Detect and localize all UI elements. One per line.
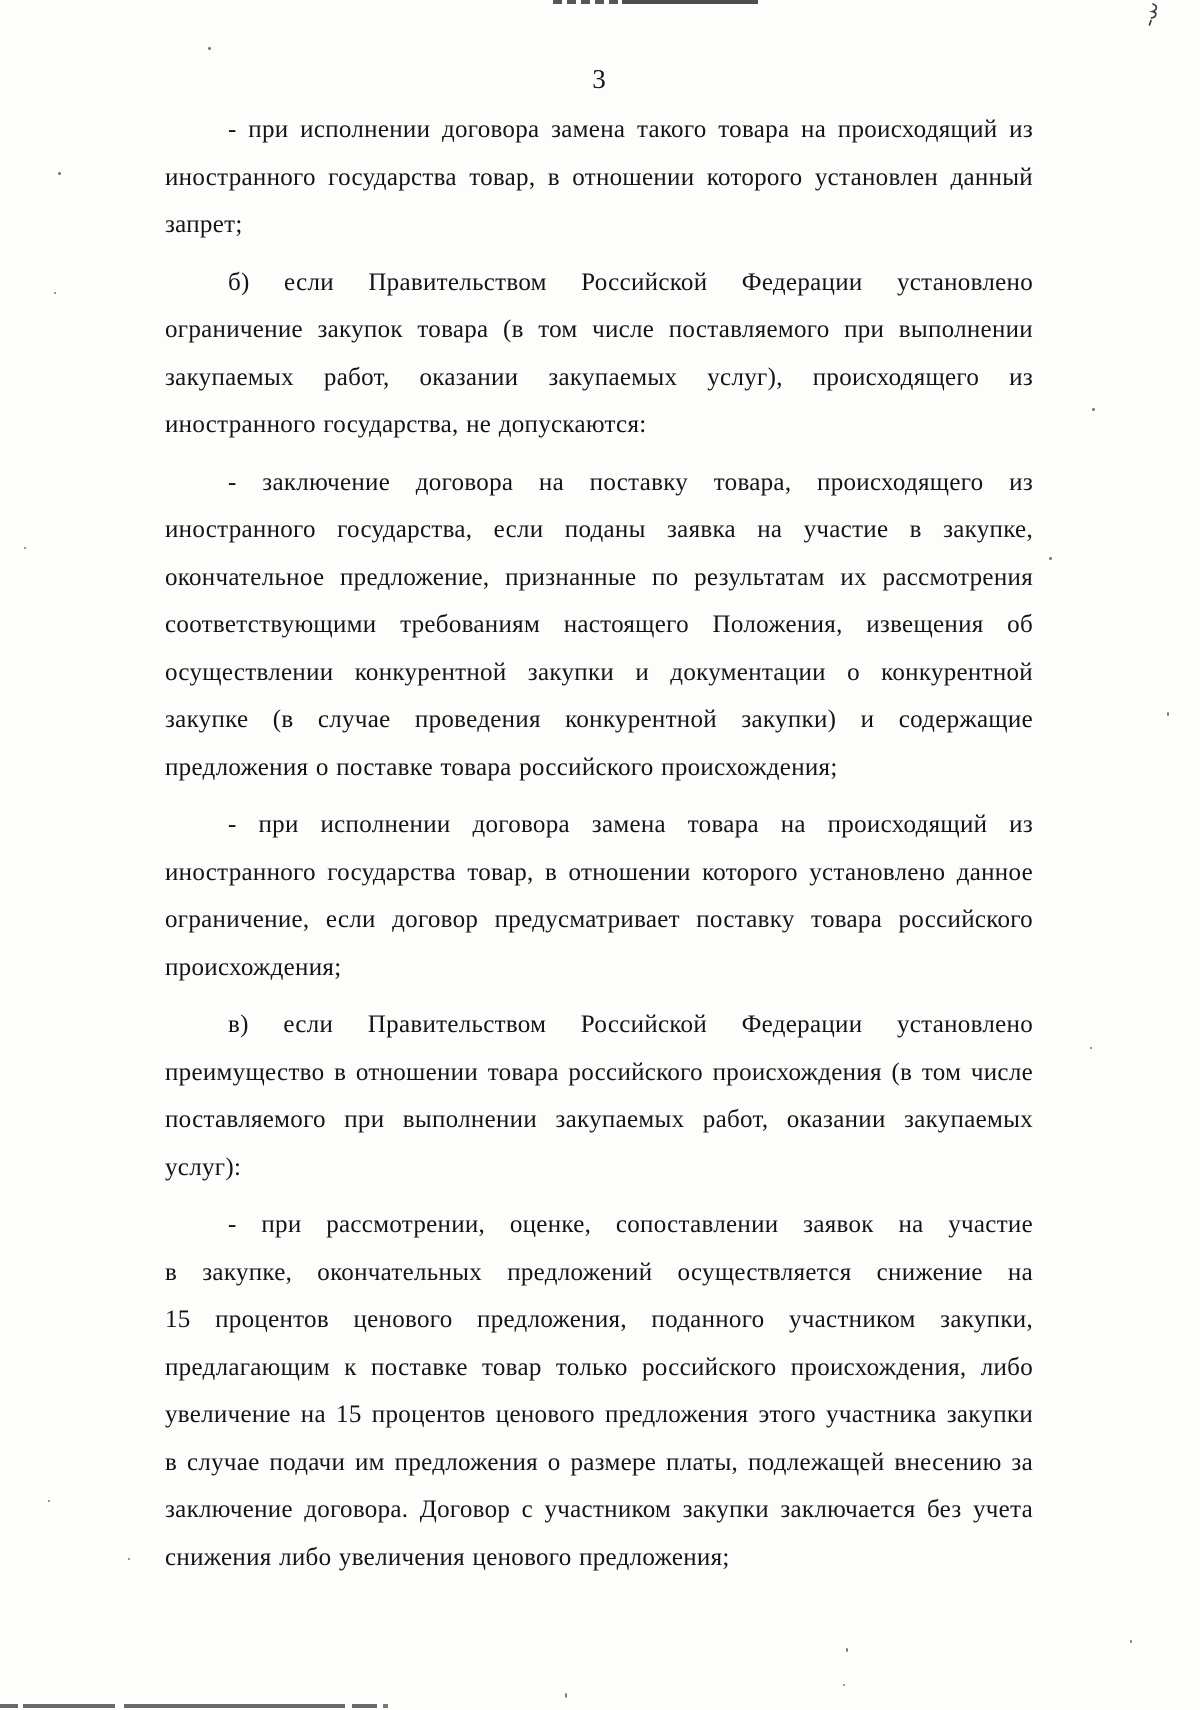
- text-line: предложения о поставке товара российског…: [165, 744, 1033, 792]
- scan-speck: [128, 1558, 130, 1560]
- text-line: в случае подачи им предложения о размере…: [165, 1439, 1033, 1487]
- text-line: услуг):: [165, 1144, 1033, 1192]
- paragraph: - при исполнении договора замена такого …: [165, 106, 1033, 249]
- text-line: 15 процентов ценового предложения, подан…: [165, 1296, 1033, 1344]
- text-line: ограничение, если договор предусматривае…: [165, 896, 1033, 944]
- paragraph: б) если Правительством Российской Федера…: [165, 259, 1033, 449]
- scan-speck: [846, 1648, 848, 1652]
- paragraph: - заключение договора на поставку товара…: [165, 459, 1033, 792]
- text-line: ограничение закупок товара (в том числе …: [165, 306, 1033, 354]
- text-line: закупаемых работ, оказании закупаемых ус…: [165, 354, 1033, 402]
- text-line: снижения либо увеличения ценового предло…: [165, 1534, 1033, 1582]
- text-line: в) если Правительством Российской Федера…: [165, 1001, 1033, 1049]
- scan-speck: [208, 47, 211, 50]
- text-line: предлагающим к поставке товар только рос…: [165, 1344, 1033, 1392]
- document-text: - при исполнении договора замена такого …: [165, 106, 1033, 1591]
- scan-speck: [565, 1693, 567, 1698]
- text-line: в закупке, окончательных предложений осу…: [165, 1249, 1033, 1297]
- scan-speck: [843, 1684, 845, 1686]
- text-line: иностранного государства, не допускаются…: [165, 401, 1033, 449]
- paragraph: в) если Правительством Российской Федера…: [165, 1001, 1033, 1191]
- page-number: 3: [165, 62, 1033, 96]
- scan-speck: [24, 547, 26, 549]
- scan-speck: [48, 1500, 50, 1502]
- text-line: иностранного государства товар, в отноше…: [165, 849, 1033, 897]
- scan-edge-solid-line: [622, 0, 758, 4]
- text-line: преимущество в отношении товара российск…: [165, 1049, 1033, 1097]
- scanned-document-page: 3 - при исполнении договора замена таког…: [0, 0, 1200, 1710]
- scan-speck: [58, 172, 61, 175]
- scan-speck: [1090, 1047, 1092, 1049]
- corner-squiggle-mark: [1144, 2, 1162, 28]
- scan-speck: [1130, 1640, 1132, 1643]
- scan-edge-dashed-line: [553, 0, 623, 4]
- text-line: происхождения;: [165, 944, 1033, 992]
- text-line: заключение договора. Договор с участнико…: [165, 1486, 1033, 1534]
- text-line: иностранного государства товар, в отноше…: [165, 154, 1033, 202]
- text-line: иностранного государства, если поданы за…: [165, 506, 1033, 554]
- text-line: осуществлении конкурентной закупки и док…: [165, 649, 1033, 697]
- text-line: увеличение на 15 процентов ценового пред…: [165, 1391, 1033, 1439]
- paragraph: - при исполнении договора замена товара …: [165, 801, 1033, 991]
- text-line: б) если Правительством Российской Федера…: [165, 259, 1033, 307]
- text-line: окончательное предложение, признанные по…: [165, 554, 1033, 602]
- text-line: соответствующими требованиям настоящего …: [165, 601, 1033, 649]
- scan-speck: [54, 292, 56, 294]
- text-line: - заключение договора на поставку товара…: [165, 459, 1033, 507]
- text-line: поставляемого при выполнении закупаемых …: [165, 1096, 1033, 1144]
- text-line: - при исполнении договора замена такого …: [165, 106, 1033, 154]
- scan-speck: [1167, 712, 1169, 716]
- text-line: закупке (в случае проведения конкурентно…: [165, 696, 1033, 744]
- text-line: - при исполнении договора замена товара …: [165, 801, 1033, 849]
- text-line: запрет;: [165, 201, 1033, 249]
- scan-speck: [1049, 557, 1052, 560]
- paragraph: - при рассмотрении, оценке, сопоставлени…: [165, 1201, 1033, 1581]
- scan-bottom-edge-line: [0, 1704, 392, 1708]
- scan-speck: [1092, 408, 1095, 411]
- text-line: - при рассмотрении, оценке, сопоставлени…: [165, 1201, 1033, 1249]
